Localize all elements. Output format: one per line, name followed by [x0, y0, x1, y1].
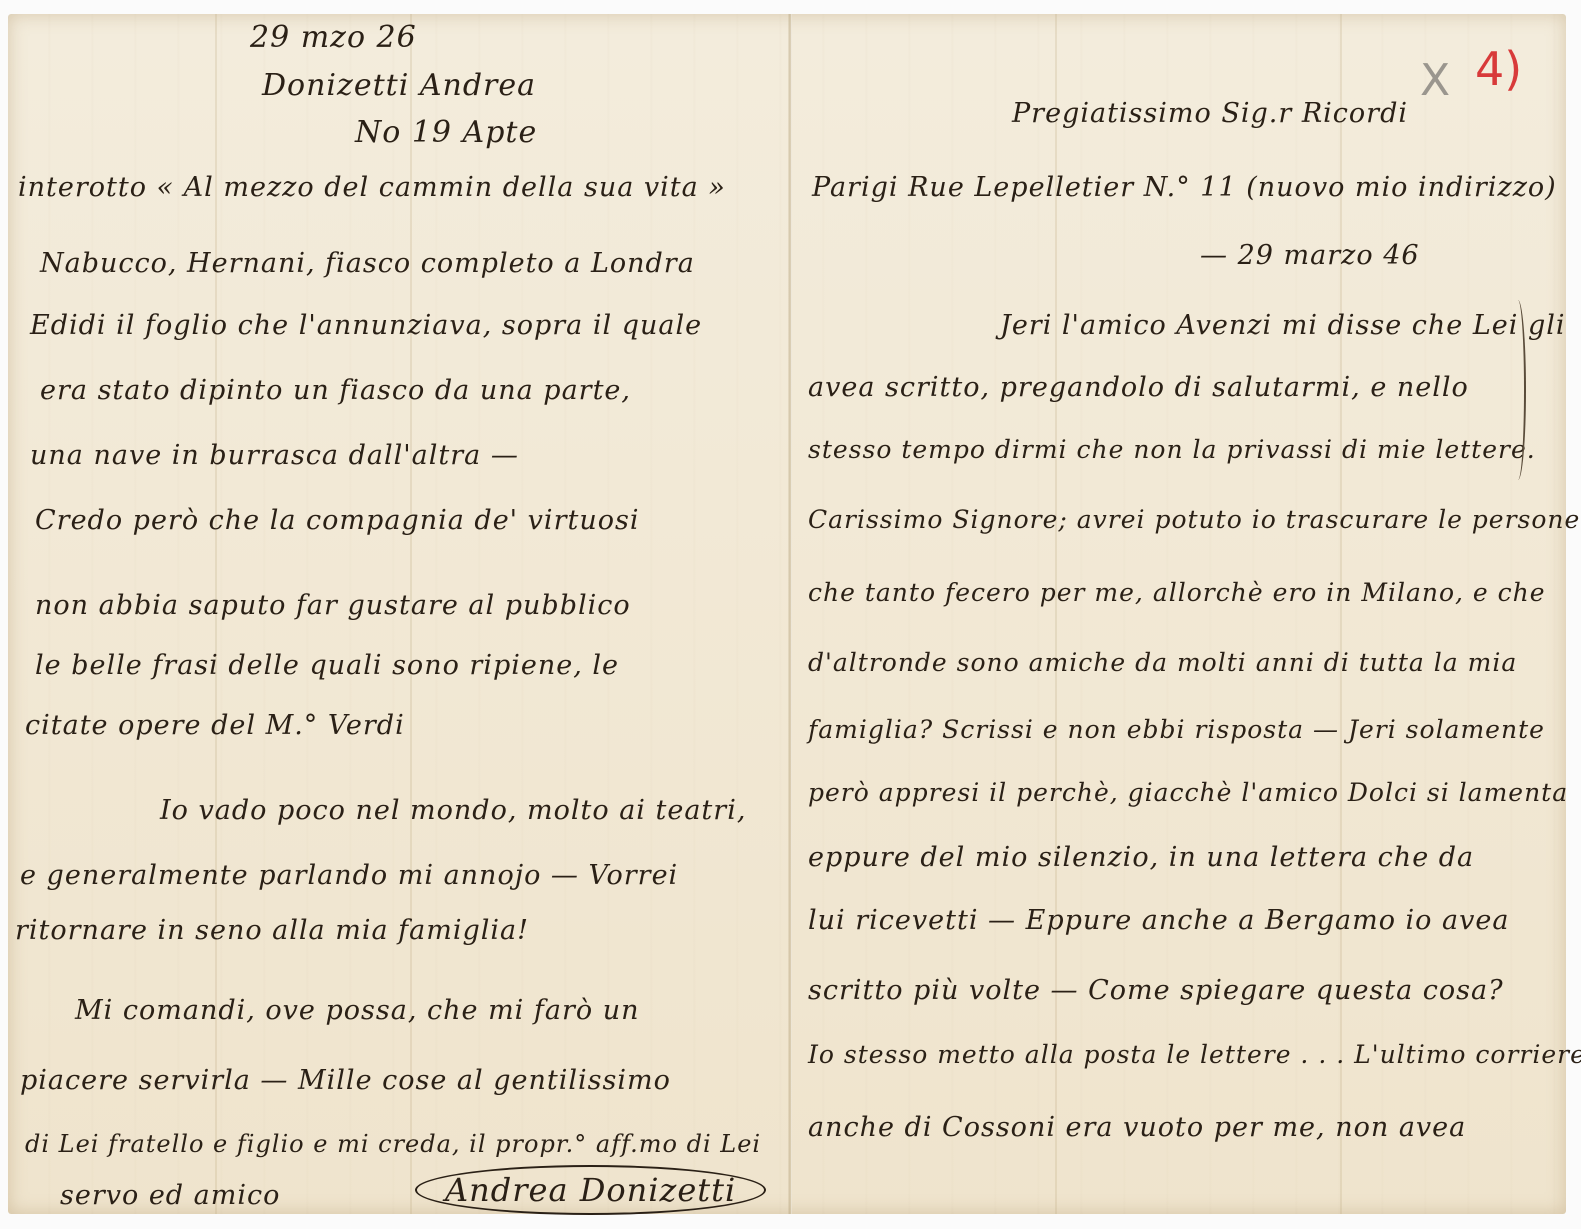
letter-date: — 29 marzo 46 — [1200, 240, 1420, 271]
right-line-6: d'altronde sono amiche da molti anni di … — [808, 648, 1517, 677]
right-line-12: Io stesso metto alla posta le lettere . … — [808, 1040, 1581, 1069]
right-line-4: Carissimo Signore; avrei potuto io trasc… — [808, 505, 1580, 534]
left-line-7: non abbia saputo far gustare al pubblico — [35, 590, 631, 621]
right-line-9: eppure del mio silenzio, in una lettera … — [808, 842, 1474, 873]
right-line-11: scritto più volte — Come spiegare questa… — [808, 975, 1504, 1006]
left-line-6: Credo però che la compagnia de' virtuosi — [35, 505, 639, 536]
docket-sender: Donizetti Andrea — [262, 68, 536, 103]
docket-number: No 19 Apte — [355, 115, 537, 150]
left-line-12: ritornare in seno alla mia famiglia! — [15, 915, 529, 946]
right-line-2: avea scritto, pregandolo di salutarmi, e… — [808, 372, 1469, 403]
right-line-1: Jeri l'amico Avenzi mi disse che Lei gli — [1000, 310, 1566, 341]
margin-bracket — [1510, 300, 1526, 480]
right-line-3: stesso tempo dirmi che non la privassi d… — [808, 435, 1536, 464]
left-line-15: di Lei fratello e figlio e mi creda, il … — [25, 1130, 761, 1158]
left-line-10: Io vado poco nel mondo, molto ai teatri, — [160, 795, 746, 826]
archive-x-mark: X — [1420, 55, 1450, 106]
red-number-mark: 4) — [1475, 42, 1522, 96]
left-line-14: piacere servirla — Mille cose al gentili… — [20, 1065, 671, 1096]
right-line-8: però appresi il perchè, giacchè l'amico … — [808, 778, 1568, 807]
center-fold — [788, 14, 792, 1214]
right-line-5: che tanto fecero per me, allorchè ero in… — [808, 578, 1546, 607]
salutation: Pregiatissimo Sig.r Ricordi — [1012, 98, 1408, 129]
address: Parigi Rue Lepelletier N.° 11 (nuovo mio… — [812, 172, 1557, 203]
left-line-1: interotto « Al mezzo del cammin della su… — [18, 172, 726, 203]
docket-date: 29 mzo 26 — [250, 20, 417, 55]
left-line-11: e generalmente parlando mi annojo — Vorr… — [20, 860, 678, 891]
left-line-9: citate opere del M.° Verdi — [25, 710, 405, 741]
left-line-13: Mi comandi, ove possa, che mi farò un — [75, 995, 640, 1026]
right-line-10: lui ricevetti — Eppure anche a Bergamo i… — [808, 905, 1509, 936]
signature: Andrea Donizetti — [415, 1165, 766, 1215]
left-line-2: Nabucco, Hernani, fiasco completo a Lond… — [40, 248, 695, 279]
closing: servo ed amico — [60, 1180, 280, 1211]
left-line-5: una nave in burrasca dall'altra — — [30, 440, 519, 471]
left-line-3: Edidi il foglio che l'annunziava, sopra … — [30, 310, 702, 341]
right-line-7: famiglia? Scrissi e non ebbi risposta — … — [808, 715, 1545, 744]
right-line-13: anche di Cossoni era vuoto per me, non a… — [808, 1112, 1466, 1143]
left-line-4: era stato dipinto un fiasco da una parte… — [40, 375, 631, 406]
left-line-8: le belle frasi delle quali sono ripiene,… — [35, 650, 619, 681]
